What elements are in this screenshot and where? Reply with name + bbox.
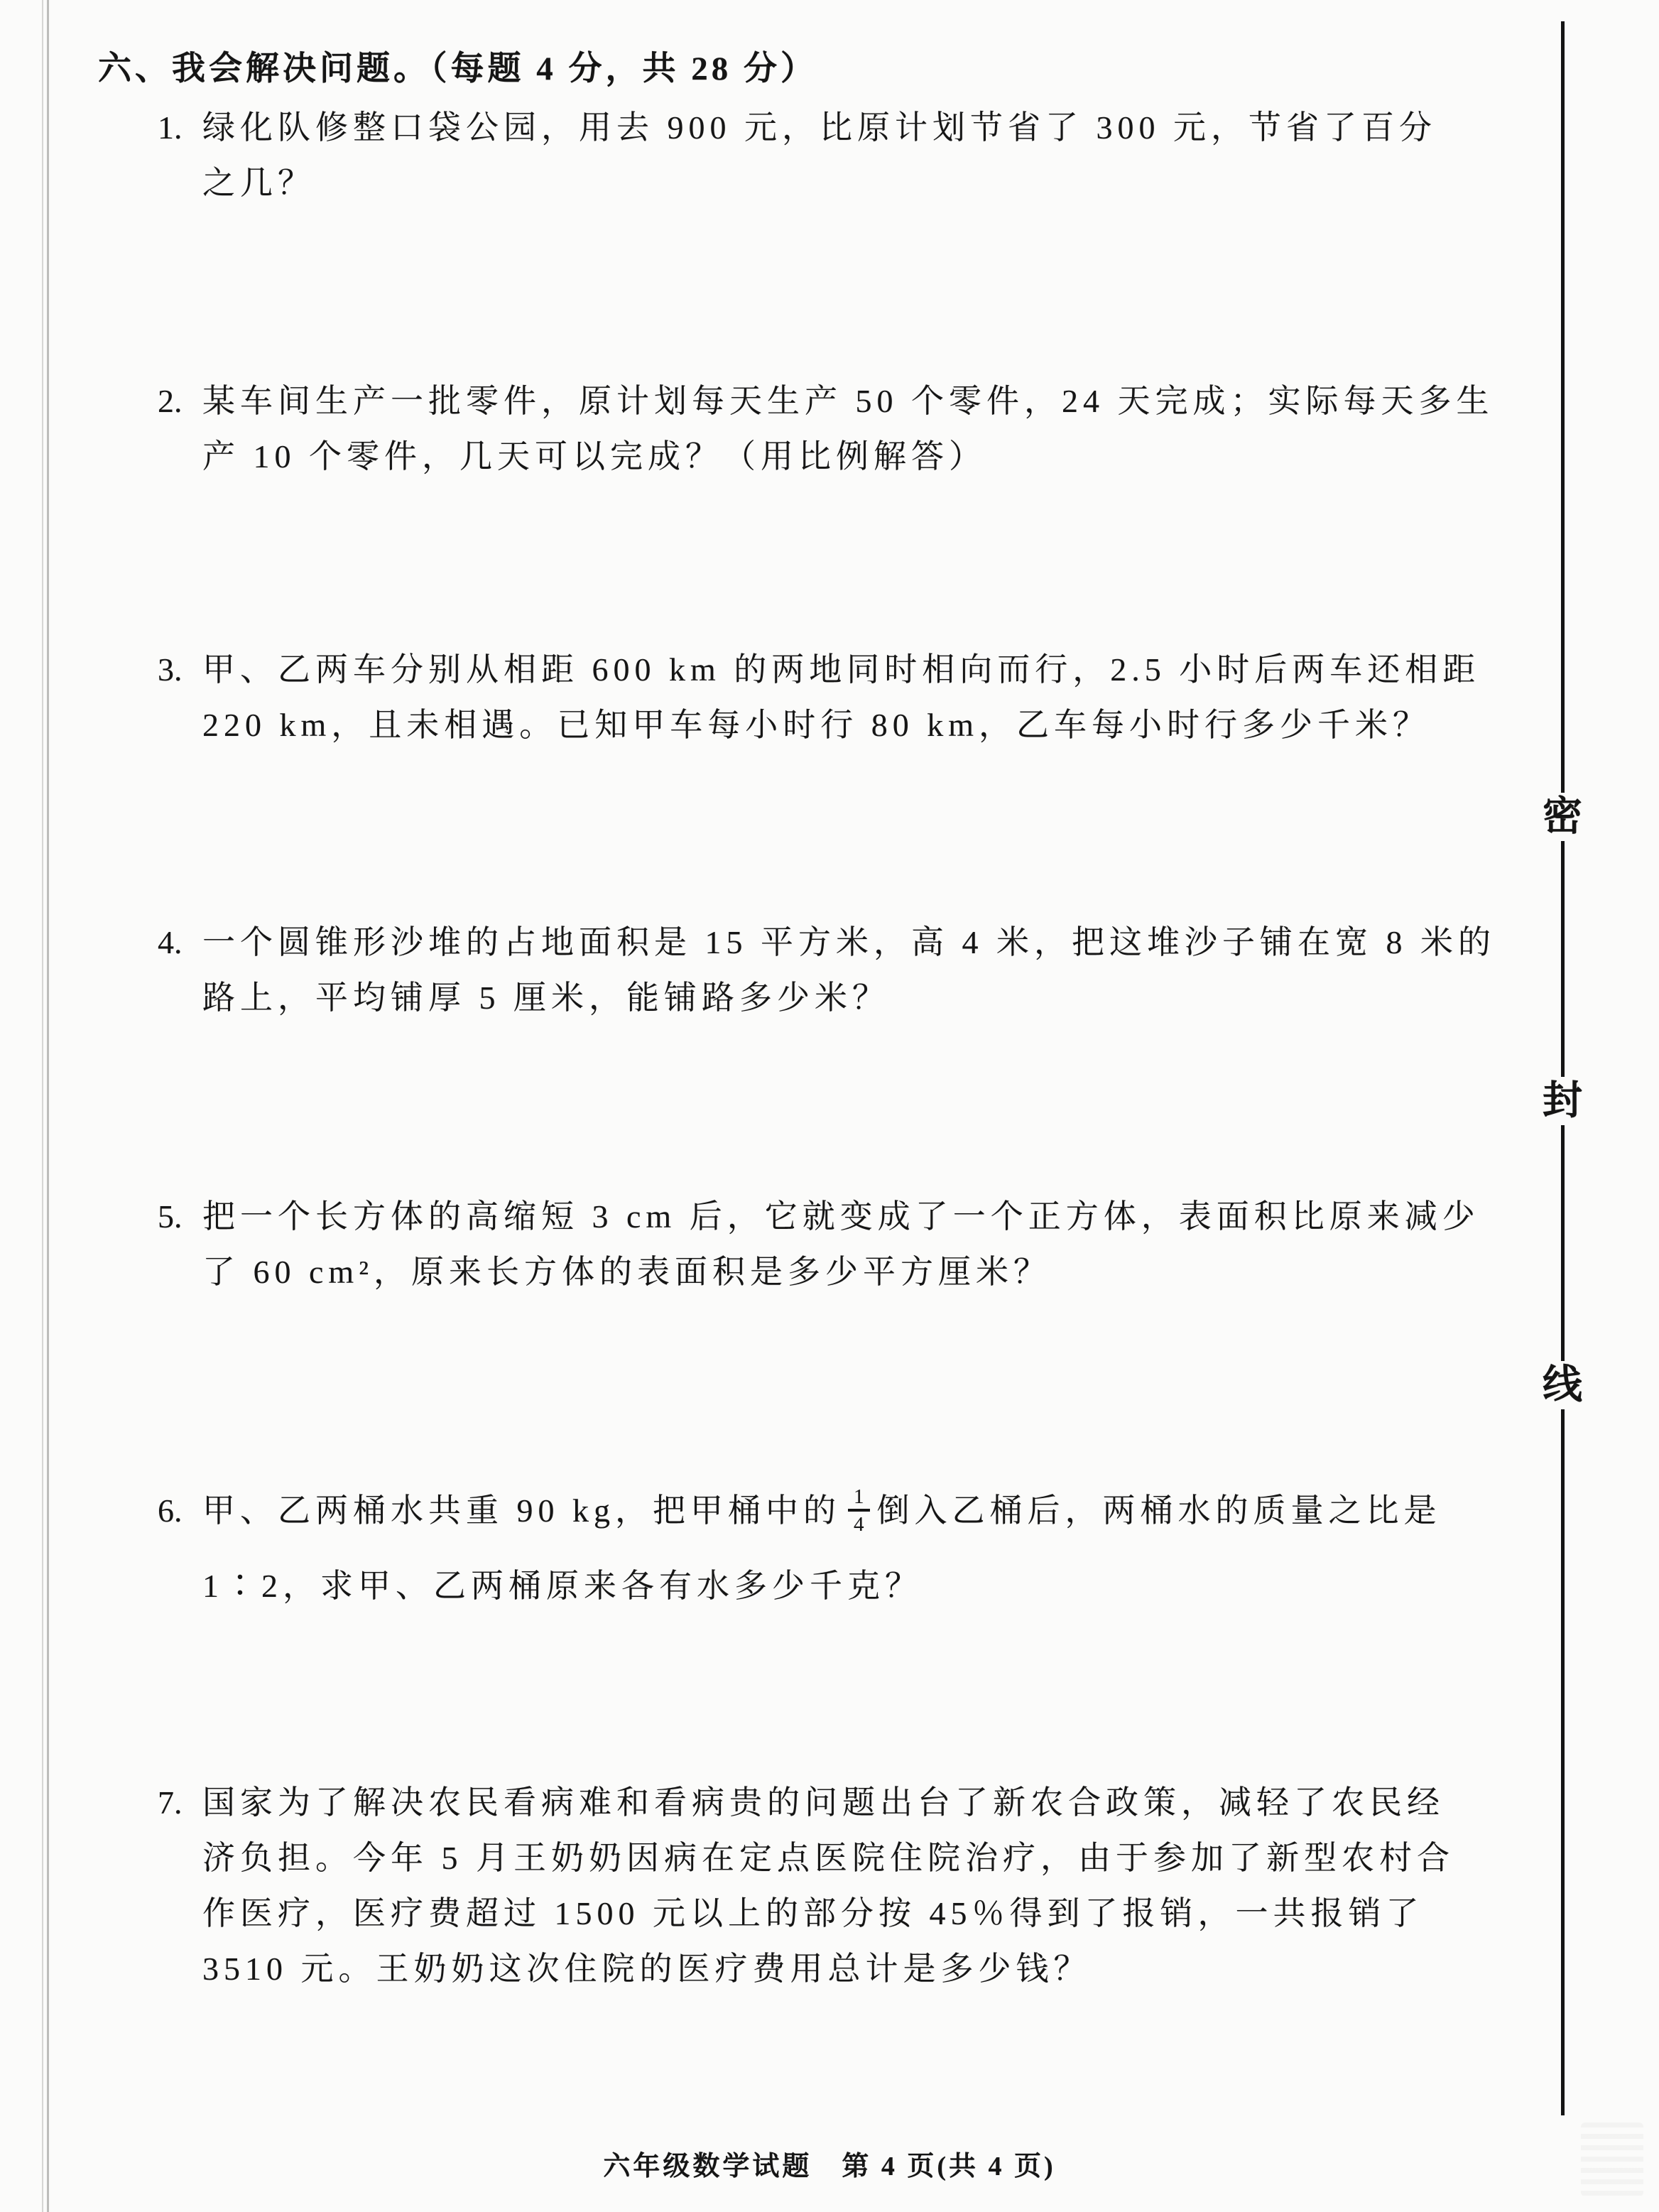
left-margin-line-outer: [42, 0, 43, 2212]
question-1-number: 1.: [158, 100, 202, 156]
seal-line-segment: [1561, 1125, 1565, 1361]
question-5-text: 把一个长方体的高缩短 3 cm 后，它就变成了一个正方体，表面积比原来减少: [202, 1198, 1480, 1235]
fraction-denominator: 4: [848, 1512, 870, 1537]
question-5-number: 5.: [158, 1189, 202, 1245]
question-7-line-4: 3510 元。王奶奶这次住院的医疗费用总计是多少钱？: [158, 1941, 1535, 1997]
question-6-text-after-fraction: 倒入乙桶后，两桶水的质量之比是: [877, 1492, 1442, 1529]
seal-char-xian: 线: [1543, 1361, 1582, 1409]
question-7: 7.国家为了解决农民看病难和看病贵的问题出台了新农合政策，减轻了农民经 济负担。…: [158, 1775, 1535, 1997]
question-2: 2.某车间生产一批零件，原计划每天生产 50 个零件，24 天完成；实际每天多生…: [158, 374, 1535, 484]
question-1-line-1: 1.绿化队修整口袋公园，用去 900 元，比原计划节省了 300 元，节省了百分: [158, 100, 1535, 156]
question-5: 5.把一个长方体的高缩短 3 cm 后，它就变成了一个正方体，表面积比原来减少 …: [158, 1189, 1535, 1300]
question-3-line-2: 220 km，且未相遇。已知甲车每小时行 80 km，乙车每小时行多少千米？: [158, 698, 1535, 753]
seal-line-segment: [1561, 21, 1565, 793]
question-7-line-1: 7.国家为了解决农民看病难和看病贵的问题出台了新农合政策，减轻了农民经: [158, 1775, 1535, 1831]
question-3-line-1: 3.甲、乙两车分别从相距 600 km 的两地同时相向而行，2.5 小时后两车还…: [158, 642, 1535, 698]
question-6-text-before-fraction: 甲、乙两桶水共重 90 kg，把甲桶中的: [202, 1492, 841, 1529]
question-7-text: 国家为了解决农民看病难和看病贵的问题出台了新农合政策，减轻了农民经: [202, 1784, 1445, 1821]
seal-char-mi: 密: [1543, 793, 1582, 841]
seal-char-feng: 封: [1543, 1077, 1582, 1125]
question-4-number: 4.: [158, 915, 202, 970]
question-6: 6.甲、乙两桶水共重 90 kg，把甲桶中的14倒入乙桶后，两桶水的质量之比是 …: [158, 1483, 1535, 1614]
question-7-line-3: 作医疗，医疗费超过 1500 元以上的部分按 45％得到了报销，一共报销了: [158, 1886, 1535, 1941]
question-4-text: 一个圆锥形沙堆的占地面积是 15 平方米，高 4 米，把这堆沙子铺在宽 8 米的: [202, 924, 1496, 960]
question-2-number: 2.: [158, 374, 202, 429]
question-2-line-2: 产 10 个零件，几天可以完成？（用比例解答）: [158, 429, 1535, 484]
page-footer: 六年级数学试题 第 4 页(共 4 页): [0, 2144, 1659, 2189]
question-4-line-2: 路上，平均铺厚 5 厘米，能铺路多少米？: [158, 970, 1535, 1026]
question-4: 4.一个圆锥形沙堆的占地面积是 15 平方米，高 4 米，把这堆沙子铺在宽 8 …: [158, 915, 1535, 1026]
question-6-line-1: 6.甲、乙两桶水共重 90 kg，把甲桶中的14倒入乙桶后，两桶水的质量之比是: [158, 1483, 1535, 1540]
seal-line: 密 封 线: [1543, 21, 1582, 2115]
question-2-line-1: 2.某车间生产一批零件，原计划每天生产 50 个零件，24 天完成；实际每天多生: [158, 374, 1535, 429]
question-7-line-2: 济负担。今年 5 月王奶奶因病在定点医院住院治疗，由于参加了新型农村合: [158, 1831, 1535, 1886]
question-1-line-2: 之几？: [158, 156, 1535, 211]
watermark-smudge: [1581, 2122, 1643, 2196]
question-5-line-2: 了 60 cm²，原来长方体的表面积是多少平方厘米？: [158, 1245, 1535, 1300]
fraction-numerator: 1: [848, 1485, 870, 1512]
seal-line-segment: [1561, 841, 1565, 1077]
exam-paper-page: 六、我会解决问题。（每题 4 分，共 28 分） 1.绿化队修整口袋公园，用去 …: [0, 0, 1659, 2212]
seal-line-segment: [1561, 1409, 1565, 2115]
section-header: 六、我会解决问题。（每题 4 分，共 28 分）: [98, 41, 817, 97]
question-3-number: 3.: [158, 642, 202, 698]
question-5-line-1: 5.把一个长方体的高缩短 3 cm 后，它就变成了一个正方体，表面积比原来减少: [158, 1189, 1535, 1245]
question-3: 3.甲、乙两车分别从相距 600 km 的两地同时相向而行，2.5 小时后两车还…: [158, 642, 1535, 753]
question-4-line-1: 4.一个圆锥形沙堆的占地面积是 15 平方米，高 4 米，把这堆沙子铺在宽 8 …: [158, 915, 1535, 970]
question-3-text: 甲、乙两车分别从相距 600 km 的两地同时相向而行，2.5 小时后两车还相距: [202, 651, 1480, 688]
question-7-number: 7.: [158, 1775, 202, 1831]
question-1-text: 绿化队修整口袋公园，用去 900 元，比原计划节省了 300 元，节省了百分: [202, 109, 1437, 146]
question-2-text: 某车间生产一批零件，原计划每天生产 50 个零件，24 天完成；实际每天多生: [202, 383, 1494, 419]
question-1: 1.绿化队修整口袋公园，用去 900 元，比原计划节省了 300 元，节省了百分…: [158, 100, 1535, 211]
left-margin-line-inner: [47, 0, 49, 2212]
question-6-number: 6.: [158, 1483, 202, 1539]
question-6-line-2: 1∶2，求甲、乙两桶原来各有水多少千克？: [158, 1558, 1535, 1614]
fraction-one-fourth: 14: [848, 1485, 870, 1537]
